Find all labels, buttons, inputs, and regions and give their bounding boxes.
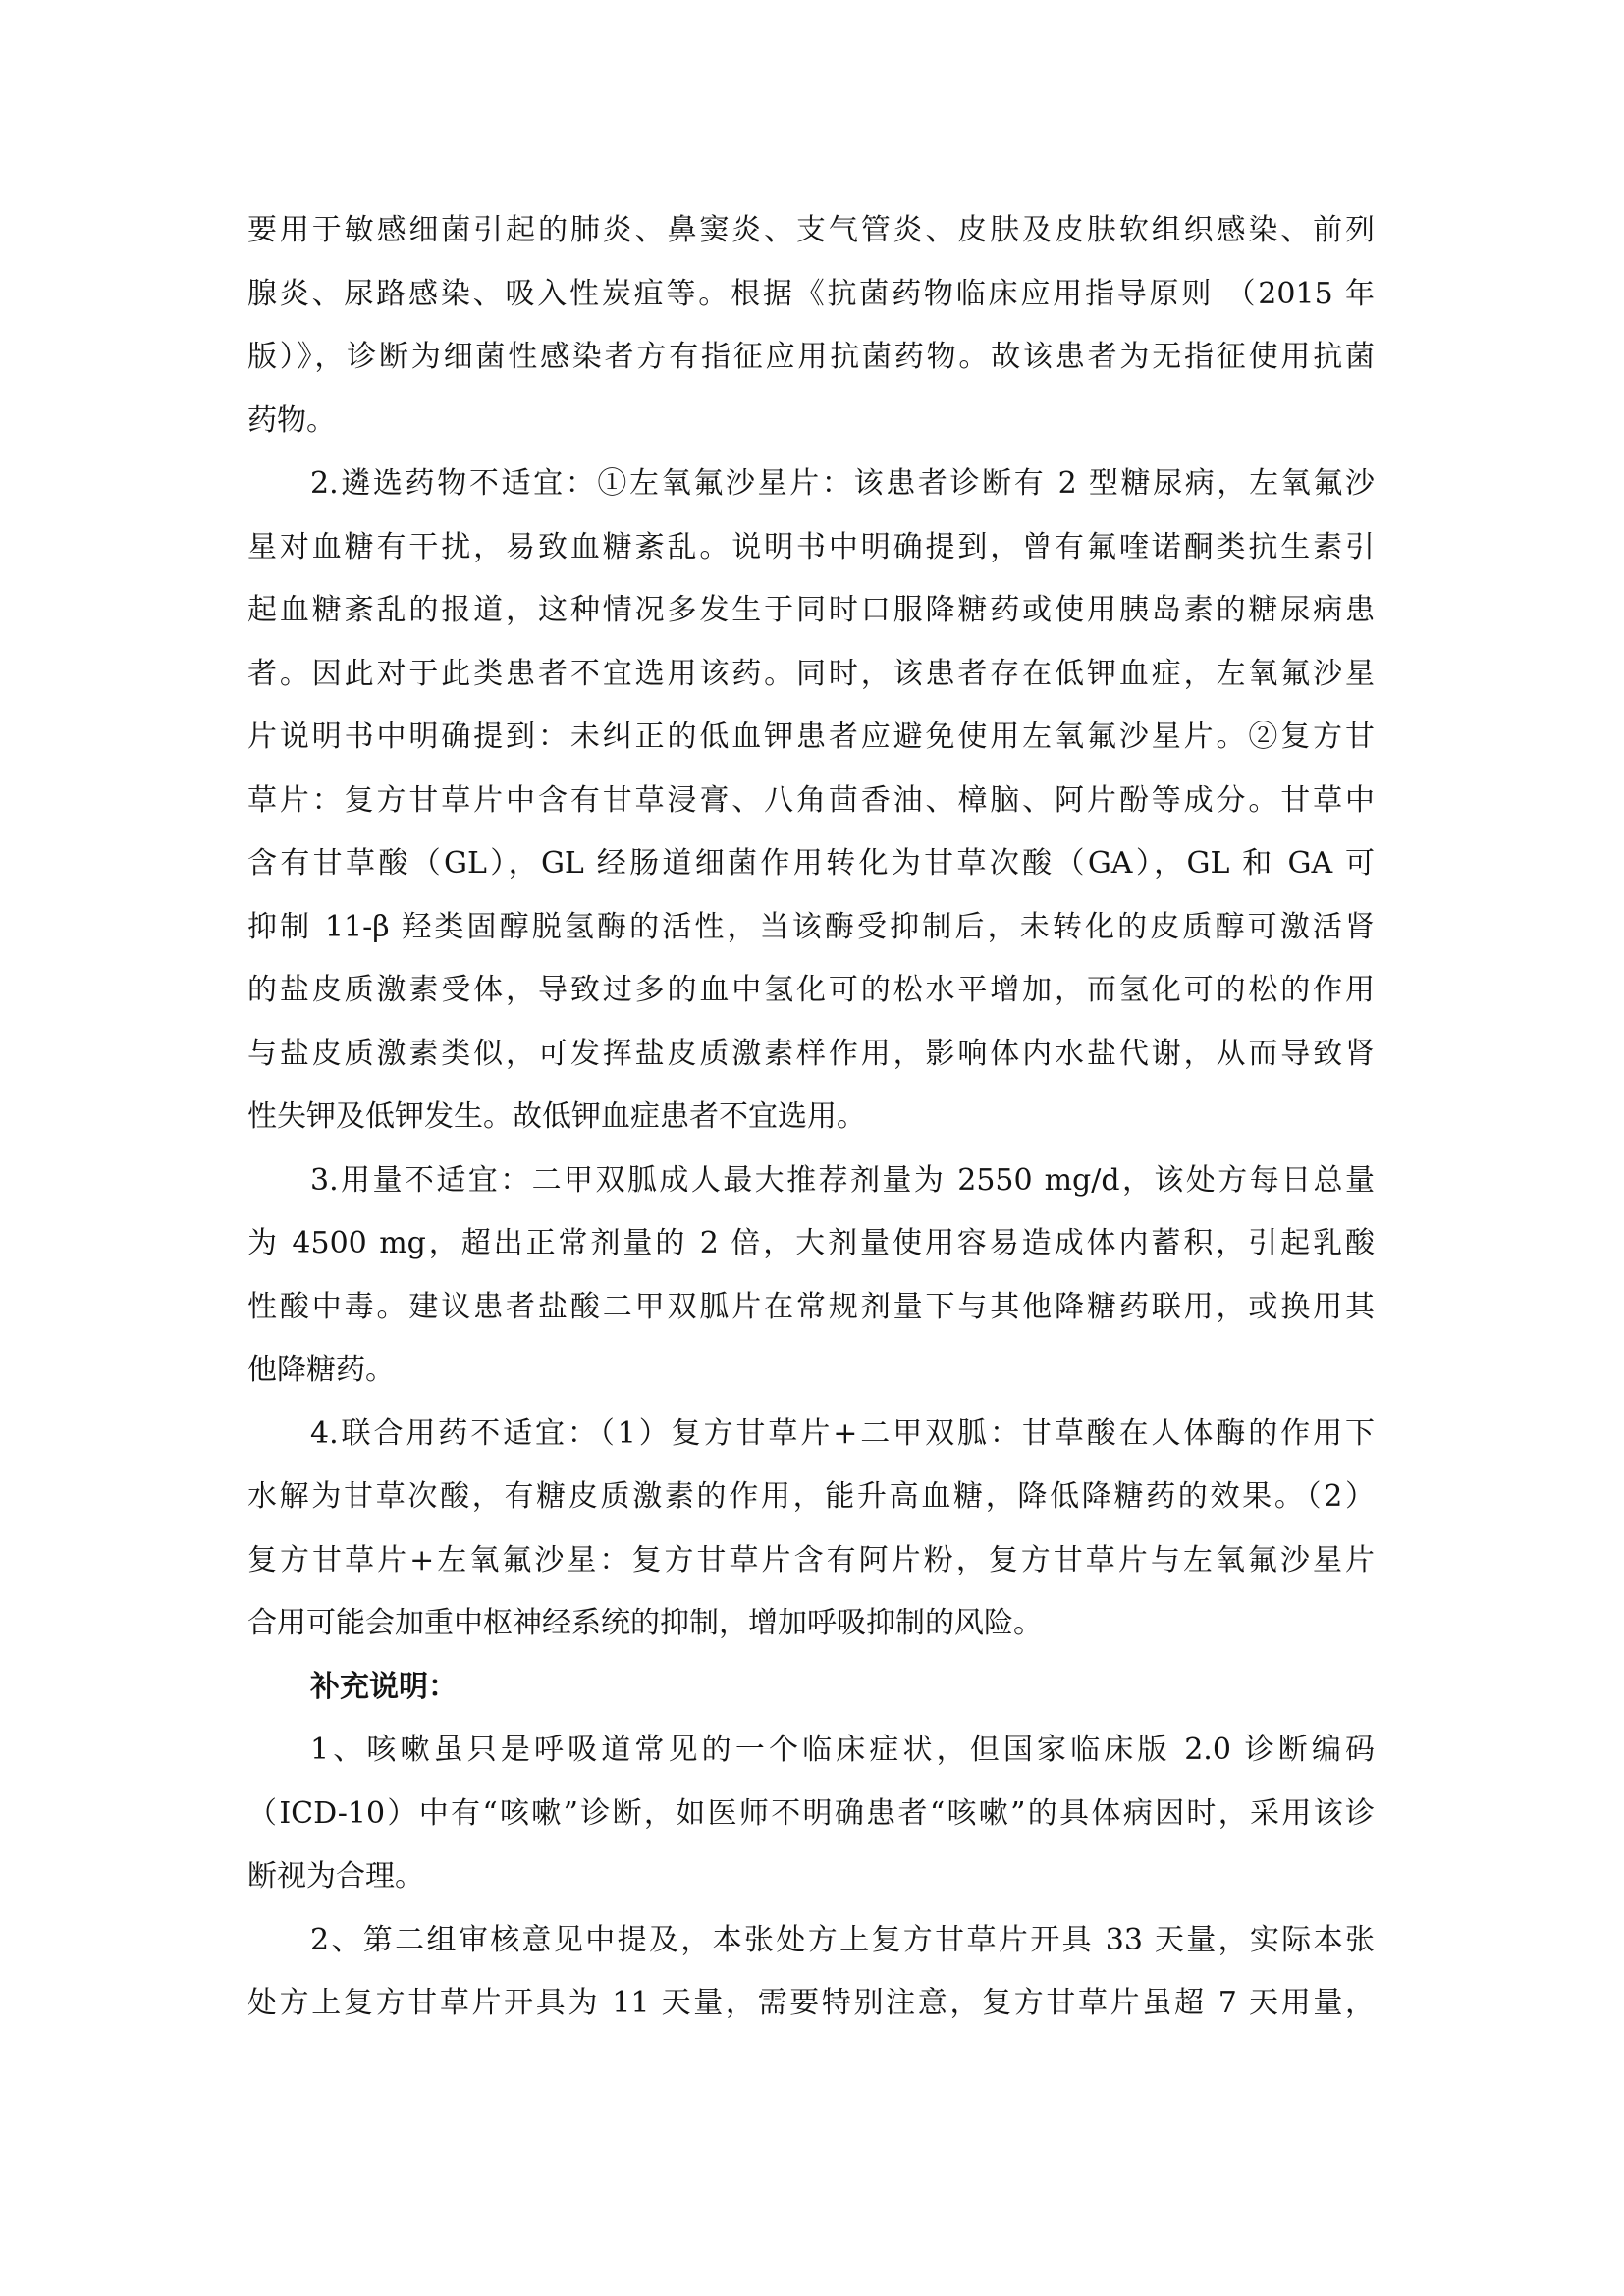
paragraph-antibiotic-indication: 要用于敏感细菌引起的肺炎、鼻窦炎、支气管炎、皮肤及皮肤软组织感染、前列 腺炎、尿… [247,199,1375,453]
text-line: 断视为合理。 [247,1845,1375,1909]
paragraph-dosage: 3.用量不适宜：二甲双胍成人最大推荐剂量为 2550 mg/d，该处方每日总量 … [247,1149,1375,1403]
paragraph-supplementary-1: 1、咳嗽虽只是呼吸道常见的一个临床症状，但国家临床版 2.0 诊断编码 （ICD… [247,1719,1375,1909]
text-line: 片说明书中明确提到：未纠正的低血钾患者应避免使用左氧氟沙星片。②复方甘 [247,706,1375,770]
text-line: 起血糖紊乱的报道，这种情况多发生于同时口服降糖药或使用胰岛素的糖尿病患 [247,579,1375,643]
text-line: 3.用量不适宜：二甲双胍成人最大推荐剂量为 2550 mg/d，该处方每日总量 [247,1149,1375,1213]
document-page: 要用于敏感细菌引起的肺炎、鼻窦炎、支气管炎、皮肤及皮肤软组织感染、前列 腺炎、尿… [247,199,1375,2036]
text-line: 为 4500 mg，超出正常剂量的 2 倍，大剂量使用容易造成体内蓄积，引起乳酸 [247,1212,1375,1276]
text-line: 4.联合用药不适宜：（1）复方甘草片+二甲双胍：甘草酸在人体酶的作用下 [247,1403,1375,1467]
paragraph-drug-combination: 4.联合用药不适宜：（1）复方甘草片+二甲双胍：甘草酸在人体酶的作用下 水解为甘… [247,1403,1375,1656]
text-line: 复方甘草片+左氧氟沙星：复方甘草片含有阿片粉，复方甘草片与左氧氟沙星片 [247,1529,1375,1593]
section-heading-supplementary: 补充说明： [247,1656,1375,1720]
text-line: 抑制 11-β 羟类固醇脱氢酶的活性，当该酶受抑制后，未转化的皮质醇可激活肾 [247,896,1375,960]
text-line: 2、第二组审核意见中提及，本张处方上复方甘草片开具 33 天量，实际本张 [247,1909,1375,1973]
heading-text: 补充说明： [247,1656,1375,1720]
text-line: 者。因此对于此类患者不宜选用该药。同时，该患者存在低钾血症，左氧氟沙星 [247,643,1375,707]
text-line: 的盐皮质激素受体，导致过多的血中氢化可的松水平增加，而氢化可的松的作用 [247,959,1375,1023]
text-line: 处方上复方甘草片开具为 11 天量，需要特别注意，复方甘草片虽超 7 天用量， [247,1972,1375,2036]
paragraph-supplementary-2: 2、第二组审核意见中提及，本张处方上复方甘草片开具 33 天量，实际本张 处方上… [247,1909,1375,2036]
text-line: 星对血糖有干扰，易致血糖紊乱。说明书中明确提到，曾有氟喹诺酮类抗生素引 [247,516,1375,580]
text-line: 性失钾及低钾发生。故低钾血症患者不宜选用。 [247,1086,1375,1149]
text-line: 1、咳嗽虽只是呼吸道常见的一个临床症状，但国家临床版 2.0 诊断编码 [247,1719,1375,1783]
paragraph-drug-selection: 2.遴选药物不适宜：①左氧氟沙星片：该患者诊断有 2 型糖尿病，左氧氟沙 星对血… [247,453,1375,1149]
text-line: 含有甘草酸（GL），GL 经肠道细菌作用转化为甘草次酸（GA），GL 和 GA … [247,832,1375,896]
text-line: 药物。 [247,390,1375,454]
text-line: 版）》，诊断为细菌性感染者方有指征应用抗菌药物。故该患者为无指征使用抗菌 [247,326,1375,390]
text-line: 要用于敏感细菌引起的肺炎、鼻窦炎、支气管炎、皮肤及皮肤软组织感染、前列 [247,199,1375,263]
text-line: 2.遴选药物不适宜：①左氧氟沙星片：该患者诊断有 2 型糖尿病，左氧氟沙 [247,453,1375,516]
text-line: 性酸中毒。建议患者盐酸二甲双胍片在常规剂量下与其他降糖药联用，或换用其 [247,1276,1375,1340]
text-line: （ICD-10）中有“咳嗽”诊断，如医师不明确患者“咳嗽”的具体病因时，采用该诊 [247,1783,1375,1846]
text-line: 他降糖药。 [247,1339,1375,1403]
text-line: 草片：复方甘草片中含有甘草浸膏、八角茴香油、樟脑、阿片酚等成分。甘草中 [247,770,1375,833]
text-line: 腺炎、尿路感染、吸入性炭疽等。根据《抗菌药物临床应用指导原则 （2015 年 [247,263,1375,327]
text-line: 水解为甘草次酸，有糖皮质激素的作用，能升高血糖，降低降糖药的效果。（2） [247,1466,1375,1529]
text-line: 合用可能会加重中枢神经系统的抑制，增加呼吸抑制的风险。 [247,1592,1375,1656]
text-line: 与盐皮质激素类似，可发挥盐皮质激素样作用，影响体内水盐代谢，从而导致肾 [247,1023,1375,1087]
